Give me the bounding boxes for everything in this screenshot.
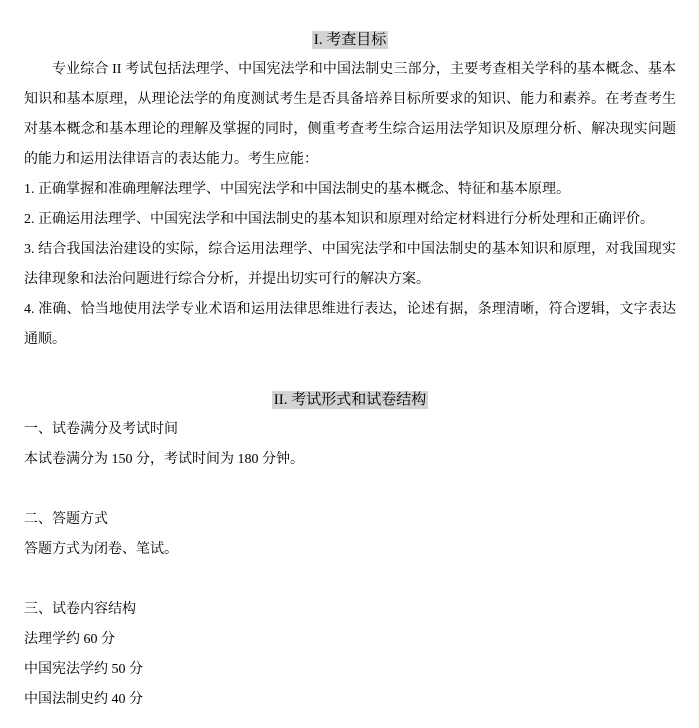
document-page: I. 考查目标 专业综合 II 考试包括法理学、中国宪法学和中国法制史三部分，主… (0, 0, 699, 728)
part2-heading-text: II. 考试形式和试卷结构 (272, 391, 429, 409)
part2-subsection-1-heading: 一、试卷满分及考试时间 (24, 415, 676, 445)
part2-subsection-3-line-2: 中国宪法学约 50 分 (24, 655, 676, 685)
part1-list-item-4: 4. 准确、恰当地使用法学专业术语和运用法律思维进行表达，论述有据，条理清晰，符… (24, 295, 676, 355)
part1-list-item-1: 1. 正确掌握和准确理解法理学、中国宪法学和中国法制史的基本概念、特征和基本原理… (24, 175, 676, 205)
part2-subsection-3-line-1: 法理学约 60 分 (24, 625, 676, 655)
part2-subsection-3-line-3: 中国法制史约 40 分 (24, 685, 676, 715)
part2-subsection-1-line-1: 本试卷满分为 150 分，考试时间为 180 分钟。 (24, 445, 676, 475)
part2-heading: II. 考试形式和试卷结构 (24, 385, 676, 415)
part1-intro-paragraph: 专业综合 II 考试包括法理学、中国宪法学和中国法制史三部分，主要考查相关学科的… (24, 55, 676, 175)
part2-subsection-2-heading: 二、答题方式 (24, 505, 676, 535)
part1-heading-text: I. 考查目标 (312, 31, 389, 49)
part2-subsection-2-line-1: 答题方式为闭卷、笔试。 (24, 535, 676, 565)
part1-list-item-3: 3. 结合我国法治建设的实际，综合运用法理学、中国宪法学和中国法制史的基本知识和… (24, 235, 676, 295)
part1-list-item-2: 2. 正确运用法理学、中国宪法学和中国法制史的基本知识和原理对给定材料进行分析处… (24, 205, 676, 235)
part1-heading: I. 考查目标 (24, 25, 676, 55)
part2-subsection-3-heading: 三、试卷内容结构 (24, 595, 676, 625)
